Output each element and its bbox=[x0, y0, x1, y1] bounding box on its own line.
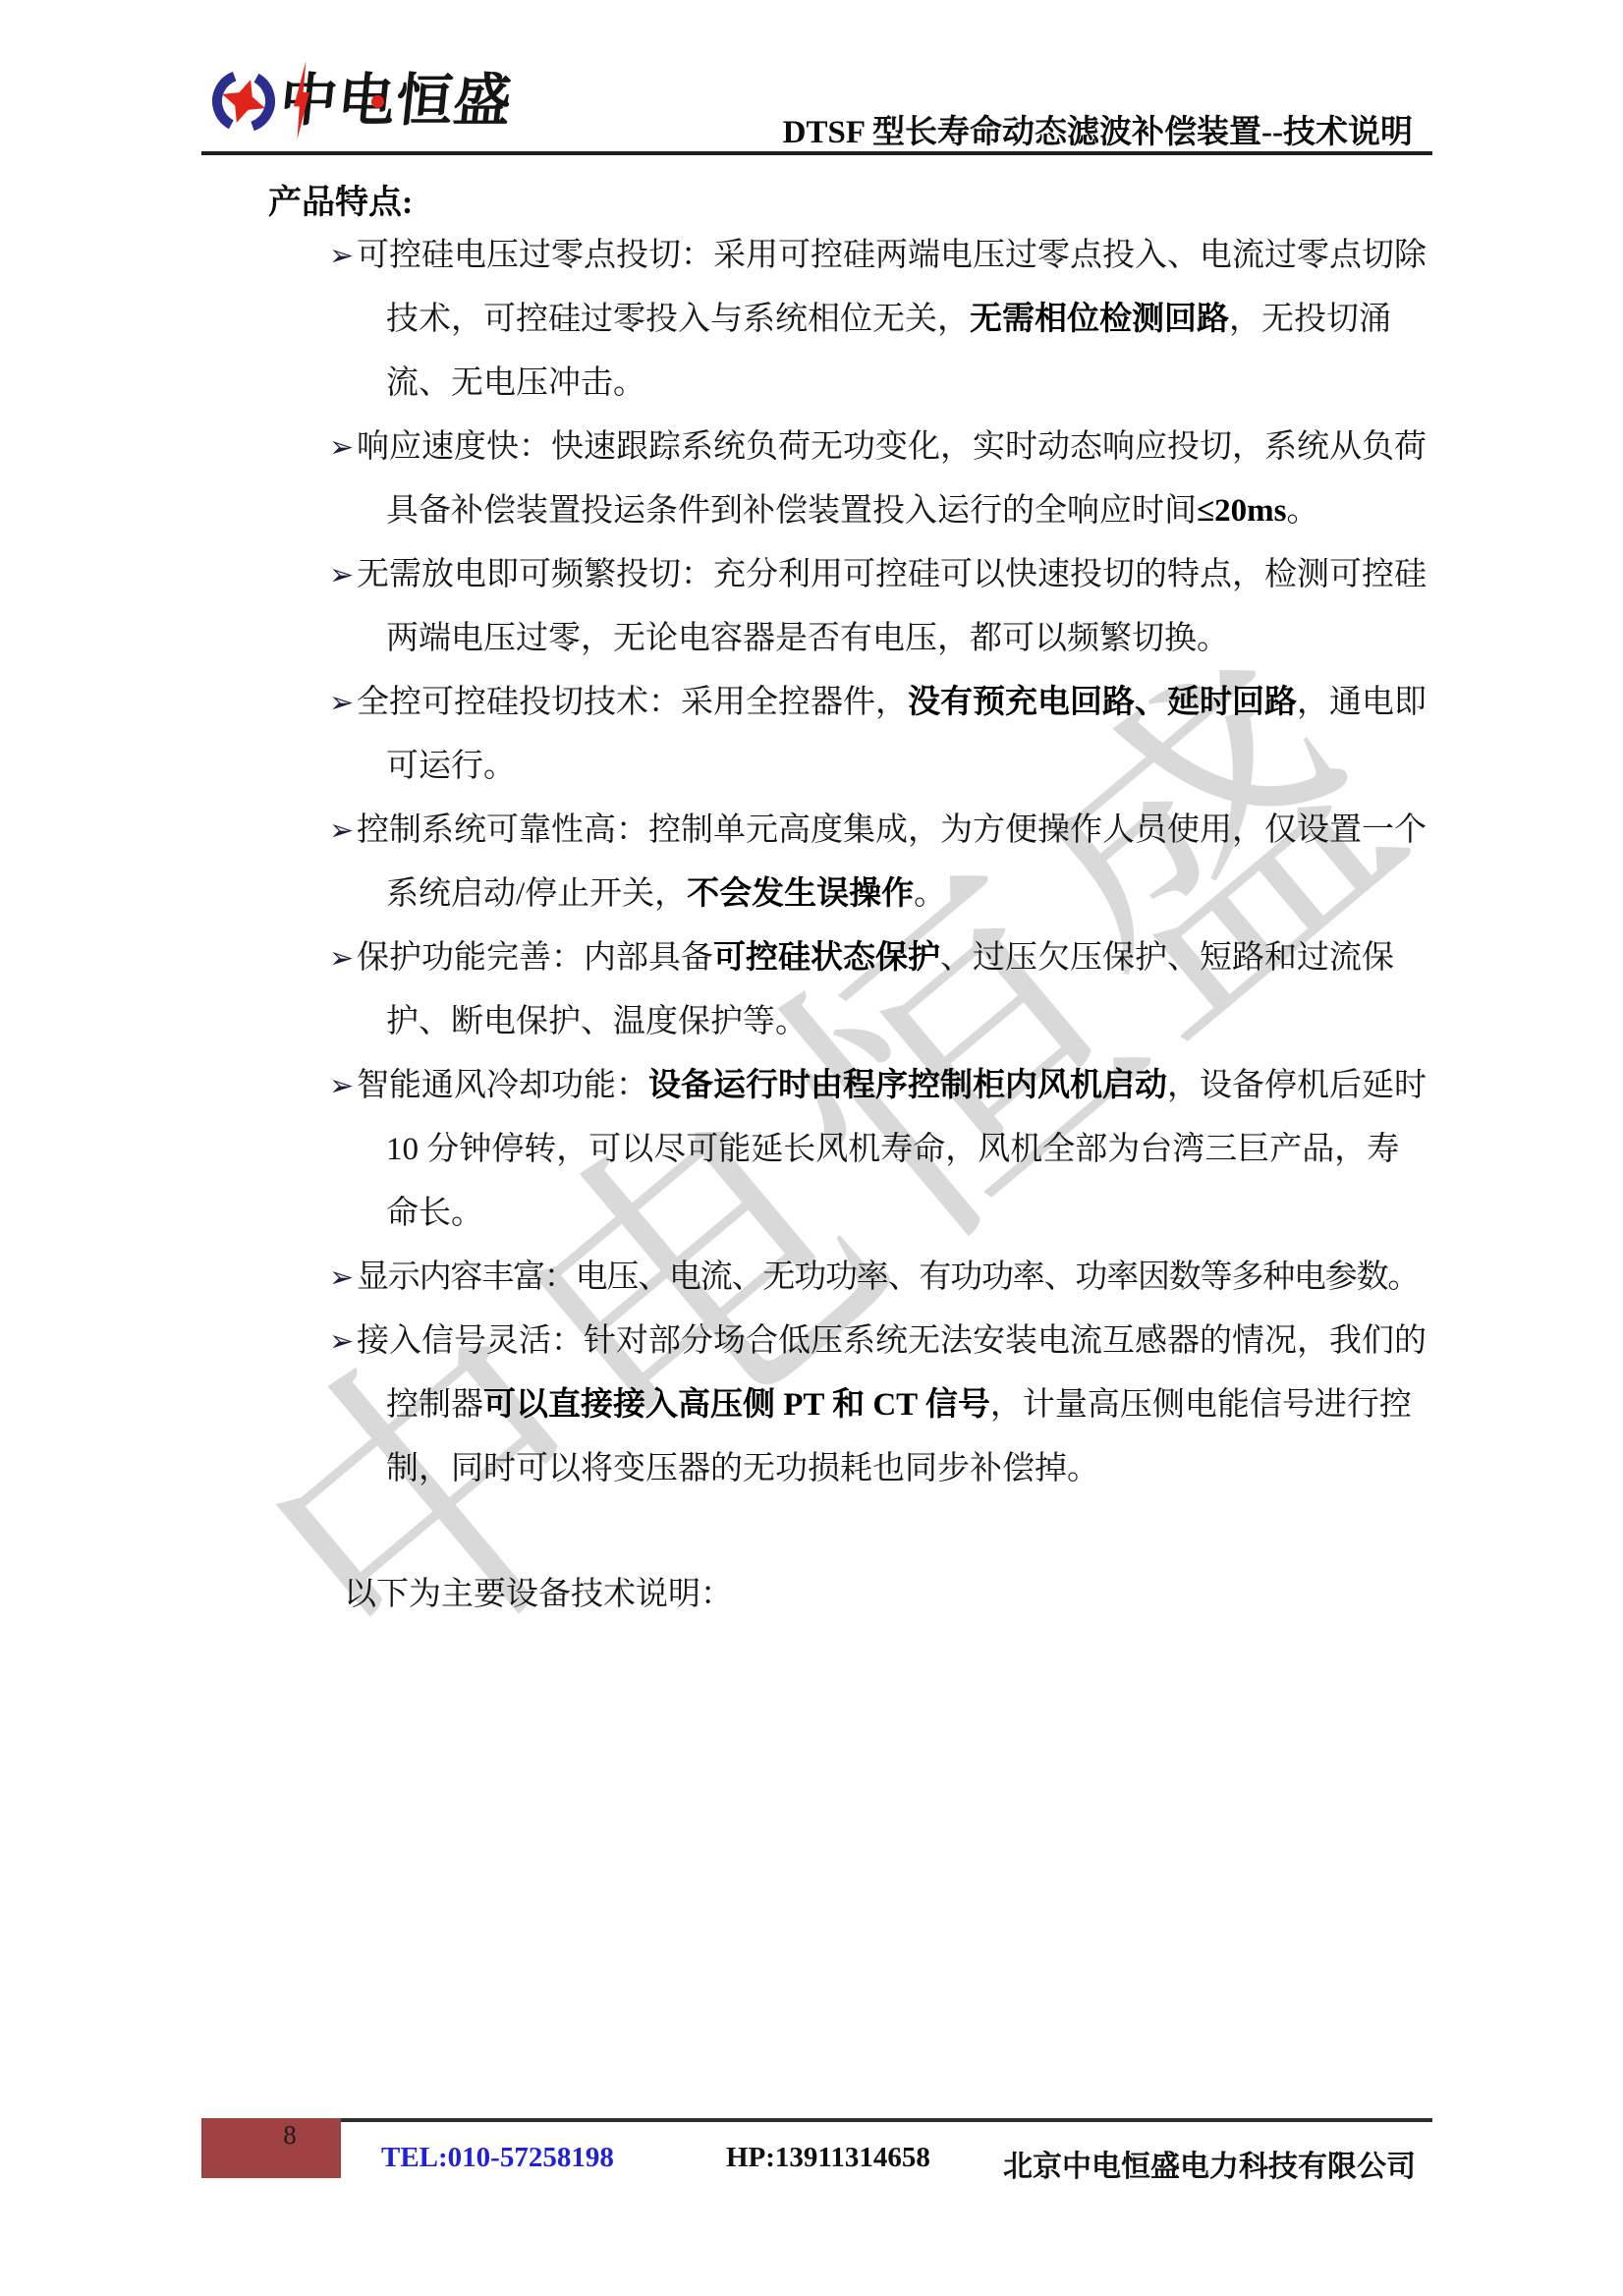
header-divider bbox=[201, 151, 1432, 155]
bullet-text: 全控可控硅投切技术：采用全控器件， bbox=[357, 685, 908, 720]
bullet-arrow-icon: ➢ bbox=[329, 1246, 357, 1310]
bullet-item: ➢响应速度快：快速跟踪系统负荷无功变化，实时动态响应投切，系统从负荷具备补偿装置… bbox=[0, 416, 1430, 543]
bullet-text-bold: 可控硅状态保护 bbox=[713, 940, 940, 976]
bullet-item: ➢智能通风冷却功能：设备运行时由程序控制柜内风机启动，设备停机后延时 10 分钟… bbox=[0, 1054, 1430, 1246]
logo-swirl-icon bbox=[211, 69, 276, 134]
company-logo: 中电恒盛 bbox=[211, 69, 512, 134]
bullet-item: ➢保护功能完善：内部具备可控硅状态保护、过压欠压保护、短路和过流保护、断电保护、… bbox=[0, 926, 1430, 1054]
bullet-arrow-icon: ➢ bbox=[329, 1054, 357, 1118]
bullet-text: 智能通风冷却功能： bbox=[357, 1068, 648, 1103]
footer-divider bbox=[201, 2118, 1432, 2122]
bullet-item: ➢可控硅电压过零点投切：采用可控硅两端电压过零点投入、电流过零点切除技术，可控硅… bbox=[0, 224, 1430, 416]
footer-telephone[interactable]: TEL:010-57258198 bbox=[381, 2142, 614, 2174]
bullet-arrow-icon: ➢ bbox=[329, 671, 357, 735]
feature-bullet-list: ➢可控硅电压过零点投切：采用可控硅两端电压过零点投入、电流过零点切除技术，可控硅… bbox=[0, 224, 1430, 1501]
page-number-box: 8 bbox=[201, 2118, 341, 2178]
page-number: 8 bbox=[283, 2120, 297, 2151]
bullet-arrow-icon: ➢ bbox=[329, 416, 357, 479]
bullet-arrow-icon: ➢ bbox=[329, 224, 357, 288]
bullet-arrow-icon: ➢ bbox=[329, 926, 357, 990]
logo-wordmark: 中电恒盛 bbox=[277, 69, 516, 134]
bullet-text-bold: 可以直接接入高压侧 PT 和 CT 信号 bbox=[483, 1387, 990, 1423]
closing-line: 以下为主要设备技术说明： bbox=[344, 1568, 733, 1614]
bullet-text-bold: 没有预充电回路、延时回路 bbox=[908, 685, 1297, 720]
bullet-arrow-icon: ➢ bbox=[329, 1310, 357, 1373]
bullet-item: ➢无需放电即可频繁投切：充分利用可控硅可以快速投切的特点，检测可控硅两端电压过零… bbox=[0, 543, 1430, 671]
bullet-item: ➢接入信号灵活：针对部分场合低压系统无法安装电流互感器的情况，我们的控制器可以直… bbox=[0, 1310, 1430, 1501]
bullet-text: 。 bbox=[1286, 493, 1318, 529]
bullet-text: 。 bbox=[914, 876, 946, 912]
bullet-item: ➢全控可控硅投切技术：采用全控器件，没有预充电回路、延时回路，通电即可运行。 bbox=[0, 671, 1430, 799]
bullet-arrow-icon: ➢ bbox=[329, 543, 357, 607]
bullet-text: 显示内容丰富：电压、电流、无功功率、有功功率、功率因数等多种电参数。 bbox=[357, 1260, 1419, 1295]
document-title: DTSF 型长寿命动态滤波补偿装置--技术说明 bbox=[783, 106, 1413, 152]
footer-mobile: HP:13911314658 bbox=[726, 2142, 930, 2174]
bullet-text-bold: 设备运行时由程序控制柜内风机启动 bbox=[648, 1068, 1167, 1103]
bullet-item: ➢控制系统可靠性高：控制单元高度集成，为方便操作人员使用，仅设置一个系统启动/停… bbox=[0, 799, 1430, 926]
footer-company-name: 北京中电恒盛电力科技有限公司 bbox=[1003, 2142, 1416, 2185]
logo-red-dot-icon bbox=[371, 95, 384, 108]
bullet-arrow-icon: ➢ bbox=[329, 799, 357, 863]
bullet-item: ➢显示内容丰富：电压、电流、无功功率、有功功率、功率因数等多种电参数。 bbox=[0, 1246, 1430, 1310]
bullet-text: 无需放电即可频繁投切：充分利用可控硅可以快速投切的特点，检测可控硅两端电压过零，… bbox=[357, 557, 1427, 656]
bullet-text-bold: ≤20ms bbox=[1197, 493, 1286, 529]
document-page: 中电恒盛 中电恒盛 DTSF 型长寿命动态滤波补偿装置--技术说明 产品特点: … bbox=[0, 0, 1623, 2296]
bullet-text: 保护功能完善：内部具备 bbox=[357, 940, 713, 976]
bullet-text-bold: 不会发生误操作 bbox=[687, 876, 914, 912]
section-heading: 产品特点: bbox=[268, 175, 413, 223]
bullet-text-bold: 无需相位检测回路 bbox=[970, 302, 1229, 337]
